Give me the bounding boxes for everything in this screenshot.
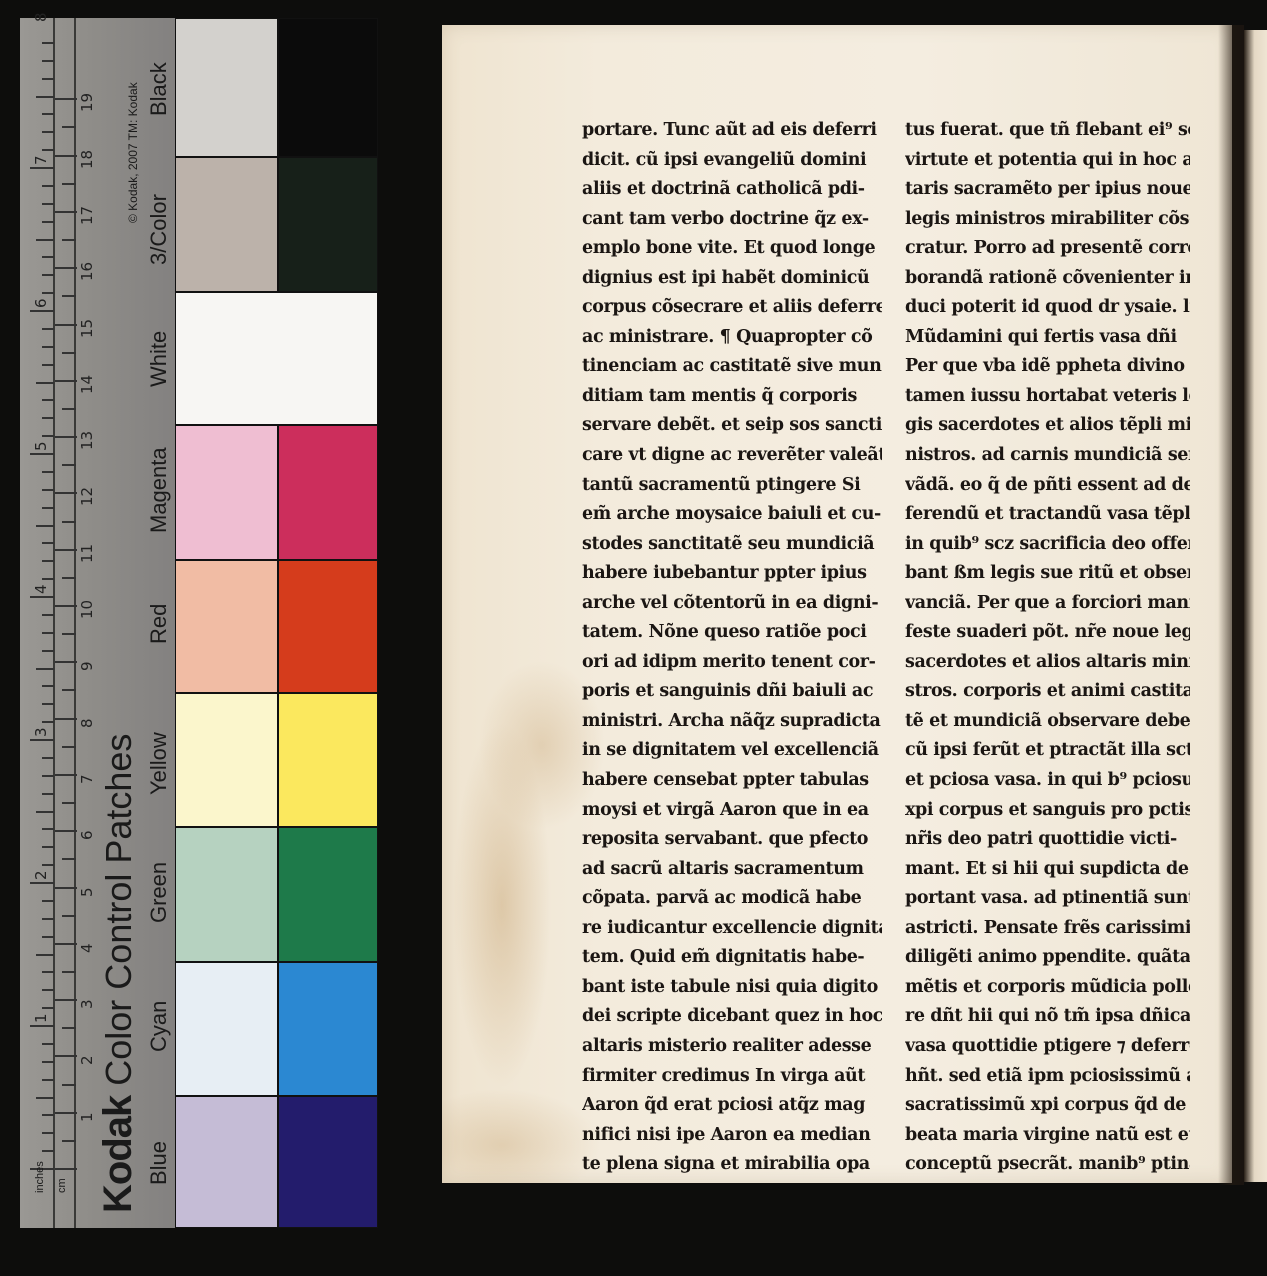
ruler-strip: 1234567812345678910111213141516171819 © … — [20, 18, 175, 1228]
text-line: tus fuerat. que tñ flebant ei⁹ sola — [905, 116, 1190, 146]
cm-tick-label: 4 — [78, 943, 96, 953]
inch-tick — [42, 578, 54, 580]
cm-tick — [55, 774, 77, 776]
cm-label: cm — [56, 1178, 68, 1193]
inch-tick — [42, 1043, 54, 1045]
inch-tick — [42, 685, 54, 687]
text-line: ministri. Archa nãq̃z supradicta — [582, 707, 882, 737]
inch-tick — [42, 507, 54, 509]
inch-tick — [42, 846, 54, 848]
inch-tick — [42, 828, 54, 830]
inch-tick — [36, 239, 54, 241]
cm-tick — [62, 858, 76, 860]
text-column-right: tus fuerat. que tñ flebant ei⁹ solavirtu… — [905, 116, 1190, 1180]
cm-tick-label: 19 — [78, 93, 96, 112]
cm-tick — [55, 1168, 77, 1170]
cm-tick-label: 6 — [78, 831, 96, 841]
card-title: Kodak Color Control Patches — [96, 734, 141, 1213]
inch-tick — [42, 42, 54, 44]
text-line: conceptũ psecrãt. manib⁹ ptina — [905, 1150, 1190, 1180]
inch-tick — [42, 614, 54, 616]
inch-tick-label: 2 — [32, 870, 50, 880]
text-line: portant vasa. ad ptinentiã sunt — [905, 884, 1190, 914]
text-line: bant iste tabule nisi quia digito — [582, 973, 882, 1003]
inch-tick — [42, 60, 54, 62]
patch-green-tint — [176, 828, 277, 961]
inch-tick — [30, 167, 54, 169]
cm-tick — [55, 661, 77, 663]
cm-tick-label: 17 — [78, 206, 96, 225]
inch-tick — [36, 811, 54, 813]
text-line: dicit. cũ ipsi evangeliũ domini — [582, 146, 882, 176]
text-line: gis sacerdotes et alios tẽpli mi — [905, 411, 1190, 441]
cm-tick — [62, 577, 76, 579]
text-line: re iudicantur excellencie dignita — [582, 914, 882, 944]
cm-tick-label: 14 — [78, 375, 96, 394]
text-line: beata maria virgine natũ est et — [905, 1121, 1190, 1151]
text-column-left: portare. Tunc aũt ad eis deferridicit. c… — [582, 116, 882, 1180]
patch-label-magenta: Magenta — [146, 447, 172, 533]
cm-tick — [62, 915, 76, 917]
patch-black-tint — [176, 19, 277, 156]
inch-tick — [42, 203, 54, 205]
text-line: borandã rationẽ cõvenienter in — [905, 264, 1190, 294]
text-line: dei scripte dicebant quez in hoc — [582, 1002, 882, 1032]
patch-green-solid — [279, 828, 377, 961]
inch-tick — [42, 971, 54, 973]
text-line: diligẽti animo ppendite. quãta — [905, 943, 1190, 973]
patch-label-yellow: Yellow — [146, 732, 172, 795]
cm-tick-label: 16 — [78, 262, 96, 281]
patch-cyan-solid — [279, 963, 377, 1095]
inch-tick-label: 1 — [32, 1013, 50, 1023]
inch-tick — [36, 954, 54, 956]
text-line: tatem. Nõne queso ratiõe poci — [582, 618, 882, 648]
inch-tick — [42, 703, 54, 705]
inch-tick — [42, 632, 54, 634]
text-line: cõpata. parvã ac modicã habe — [582, 884, 882, 914]
text-line: dignius est ipi habẽt dominicũ — [582, 264, 882, 294]
text-line: habere iubebantur ppter ipius — [582, 559, 882, 589]
text-line: reposita servabant. que pfecto — [582, 825, 882, 855]
cm-tick — [55, 605, 77, 607]
card-title-text: Color Control Patches — [98, 734, 139, 1086]
inch-tick — [42, 989, 54, 991]
patch-3-color-tint — [176, 158, 277, 291]
text-line: bant ßm legis sue ritũ et obser- — [905, 559, 1190, 589]
text-line: mant. Et si hii qui supdicta de — [905, 855, 1190, 885]
inch-tick-label: 6 — [32, 298, 50, 308]
cm-scale-line — [74, 18, 76, 1228]
inch-tick — [36, 668, 54, 670]
text-line: servare debẽt. et seip sos sancti fi — [582, 411, 882, 441]
text-line: sacratissimũ xpi corpus q̃d de — [905, 1091, 1190, 1121]
text-line: legis ministros mirabiliter cõse — [905, 205, 1190, 235]
text-line: ori ad idipm merito tenent cor- — [582, 648, 882, 678]
cm-tick — [55, 380, 77, 382]
patch-label-black: Black — [146, 62, 172, 116]
cm-tick-label: 5 — [78, 887, 96, 897]
patch-yellow-solid — [279, 694, 377, 826]
text-line: em̃ arche moysaice baiuli et cu- — [582, 500, 882, 530]
cm-tick — [55, 267, 77, 269]
inch-tick — [30, 739, 54, 741]
patch-3-color-solid — [279, 158, 377, 291]
cm-tick-label: 9 — [78, 662, 96, 672]
cm-tick — [62, 633, 76, 635]
cm-tick — [62, 971, 76, 973]
inch-tick — [42, 399, 54, 401]
cm-tick — [55, 324, 77, 326]
text-line: tẽ et mundiciã observare debere — [905, 707, 1190, 737]
text-line: feste suaderi põt. nr̃e noue legis — [905, 618, 1190, 648]
inch-tick — [42, 328, 54, 330]
text-line: tamen iussu hortabat veteris le — [905, 382, 1190, 412]
text-line: altaris misterio realiter adesse — [582, 1032, 882, 1062]
patch-label-3-color: 3/Color — [146, 194, 172, 265]
inch-tick — [30, 310, 54, 312]
cm-tick-label: 1 — [78, 1112, 96, 1122]
cm-tick-label: 12 — [78, 487, 96, 506]
color-patches — [175, 18, 378, 1228]
patch-cyan-tint — [176, 963, 277, 1095]
patch-black-solid — [279, 19, 377, 156]
cm-tick — [62, 239, 76, 241]
inch-scale-line — [53, 18, 55, 1228]
inch-tick — [42, 489, 54, 491]
inch-tick — [42, 721, 54, 723]
inch-tick — [42, 793, 54, 795]
inch-tick — [42, 864, 54, 866]
cm-tick — [55, 436, 77, 438]
copyright-text: © Kodak, 2007 TM: Kodak — [126, 82, 140, 223]
text-line: sacerdotes et alios altaris mini — [905, 648, 1190, 678]
text-line: mẽtis et corporis mũdicia polle — [905, 973, 1190, 1003]
cm-tick — [55, 718, 77, 720]
cm-tick — [55, 1055, 77, 1057]
inch-tick — [42, 1007, 54, 1009]
text-line: re dñt hii qui nõ tm̃ ipsa dñica — [905, 1002, 1190, 1032]
inch-tick — [42, 757, 54, 759]
text-line: nistros. ad carnis mundiciã ser — [905, 441, 1190, 471]
text-line: Per que vba idẽ ppheta divino — [905, 352, 1190, 382]
text-line: astricti. Pensate frẽs carissimi ⁊ — [905, 914, 1190, 944]
inch-tick-label: 5 — [32, 441, 50, 451]
patch-label-blue: Blue — [146, 1141, 172, 1185]
patch-red-tint — [176, 561, 277, 692]
cm-tick-label: 7 — [78, 774, 96, 784]
inch-tick — [30, 453, 54, 455]
cm-tick — [55, 211, 77, 213]
text-line: vanciã. Per que a forciori mani — [905, 589, 1190, 619]
next-page-edge — [1244, 30, 1267, 1182]
inch-tick — [42, 346, 54, 348]
cm-tick — [55, 1112, 77, 1114]
text-line: care vt digne ac reverẽter valeãt — [582, 441, 882, 471]
inch-tick — [42, 221, 54, 223]
inch-tick-label: 8 — [32, 12, 50, 22]
inch-tick — [42, 471, 54, 473]
inch-tick — [42, 650, 54, 652]
inch-tick — [42, 1061, 54, 1063]
cm-tick — [62, 408, 76, 410]
cm-tick — [55, 999, 77, 1001]
text-line: vãdã. eo q̃ de pñti essent ad de- — [905, 471, 1190, 501]
cm-tick — [62, 126, 76, 128]
cm-tick — [62, 746, 76, 748]
inch-tick — [42, 274, 54, 276]
cm-tick-label: 2 — [78, 1056, 96, 1066]
text-line: aliis et doctrinã catholicã pdi- — [582, 175, 882, 205]
inch-tick — [36, 1097, 54, 1099]
cm-tick — [62, 802, 76, 804]
inch-tick — [30, 1025, 54, 1027]
text-line: virtute et potentia qui in hoc al — [905, 146, 1190, 176]
patch-label-green: Green — [146, 862, 172, 923]
inch-tick — [42, 560, 54, 562]
text-line: stodes sanctitatẽ seu mundiciã — [582, 530, 882, 560]
patch-white — [176, 293, 377, 424]
inch-tick — [42, 113, 54, 115]
patch-yellow-tint — [176, 694, 277, 826]
inch-tick — [36, 382, 54, 384]
kodak-color-control-card: 1234567812345678910111213141516171819 © … — [20, 18, 378, 1228]
cm-tick — [55, 155, 77, 157]
inch-tick — [42, 1079, 54, 1081]
text-line: Aaron q̃d erat pciosi atq̃z mag — [582, 1091, 882, 1121]
patch-label-white: White — [146, 331, 172, 387]
text-line: hñt. sed etiã ipm pciosissimũ ac — [905, 1062, 1190, 1092]
text-line: ad sacrũ altaris sacramentum — [582, 855, 882, 885]
cm-tick-label: 8 — [78, 718, 96, 728]
text-line: te plena signa et mirabilia opa — [582, 1150, 882, 1180]
gutter-shadow — [1218, 25, 1244, 1185]
inch-tick — [42, 292, 54, 294]
inch-tick — [42, 131, 54, 133]
patch-blue-solid — [279, 1097, 377, 1227]
text-line: habere censebat ppter tabulas — [582, 766, 882, 796]
text-line: arche vel cõtentorũ in ea digni- — [582, 589, 882, 619]
text-line: in quib⁹ scz sacrificia deo offere — [905, 530, 1190, 560]
cm-tick — [62, 1027, 76, 1029]
text-line: stros. corporis et animi castita- — [905, 677, 1190, 707]
patch-red-solid — [279, 561, 377, 692]
cm-tick-label: 15 — [78, 318, 96, 337]
cm-tick-label: 11 — [78, 544, 96, 563]
inch-tick — [36, 525, 54, 527]
inch-tick — [42, 542, 54, 544]
text-line: nr̃is deo patri quottidie victi- — [905, 825, 1190, 855]
text-line: tem. Quid em̃ dignitatis habe- — [582, 943, 882, 973]
text-line: in se dignitatem vel excellenciã — [582, 736, 882, 766]
kodak-logo: Kodak — [96, 1096, 140, 1213]
text-line: tantũ sacramentũ ptingere Si — [582, 471, 882, 501]
inch-tick — [42, 1150, 54, 1152]
patch-label-cyan: Cyan — [146, 1001, 172, 1052]
cm-tick — [62, 295, 76, 297]
inch-tick — [42, 435, 54, 437]
text-line: poris et sanguinis dñi baiuli ac — [582, 677, 882, 707]
text-line: cũ ipsi ferũt et ptractãt illa sctã — [905, 736, 1190, 766]
text-line: portare. Tunc aũt ad eis deferri — [582, 116, 882, 146]
inch-tick-label: 3 — [32, 727, 50, 737]
cm-tick — [55, 830, 77, 832]
text-line: firmiter credimus In virga aũt — [582, 1062, 882, 1092]
inch-tick — [42, 185, 54, 187]
text-line: ditiam tam mentis q̃ corporis — [582, 382, 882, 412]
inch-tick — [30, 596, 54, 598]
cm-tick — [62, 1140, 76, 1142]
cm-tick-label: 10 — [78, 600, 96, 619]
text-line: ferendũ et tractandũ vasa tẽpli — [905, 500, 1190, 530]
inch-tick — [42, 256, 54, 258]
text-line: moysi et virgã Aaron que in ea — [582, 796, 882, 826]
text-line: duci poterit id quod dr ysaie. lii. — [905, 293, 1190, 323]
patch-blue-tint — [176, 1097, 277, 1227]
inch-tick — [42, 775, 54, 777]
text-line: tinenciam ac castitatẽ sive mun — [582, 352, 882, 382]
text-line: corpus cõsecrare et aliis deferre — [582, 293, 882, 323]
cm-tick — [62, 352, 76, 354]
inch-tick — [42, 149, 54, 151]
patch-magenta-tint — [176, 426, 277, 559]
cm-tick — [55, 887, 77, 889]
cm-tick — [62, 183, 76, 185]
text-line: nifici nisi ipe Aaron ea median — [582, 1121, 882, 1151]
inch-tick — [36, 96, 54, 98]
inch-tick — [42, 1132, 54, 1134]
cm-tick-label: 3 — [78, 1000, 96, 1010]
cm-tick — [62, 1084, 76, 1086]
cm-tick — [62, 521, 76, 523]
inch-tick-label: 7 — [32, 155, 50, 165]
cm-tick — [62, 689, 76, 691]
text-line: ac ministrare. ¶ Quapropter cõ — [582, 323, 882, 353]
patch-magenta-solid — [279, 426, 377, 559]
text-line: cratur. Porro ad presentẽ corro — [905, 234, 1190, 264]
inch-tick — [30, 882, 54, 884]
text-line: xpi corpus et sanguis pro pctis — [905, 796, 1190, 826]
cm-tick-label: 18 — [78, 150, 96, 169]
inch-tick — [42, 1114, 54, 1116]
inch-tick — [42, 936, 54, 938]
cm-tick-label: 13 — [78, 431, 96, 450]
inches-label: inches — [34, 1161, 46, 1193]
cm-tick — [55, 98, 77, 100]
cm-tick — [62, 464, 76, 466]
cm-tick — [55, 492, 77, 494]
text-line: cant tam verbo doctrine q̃z ex- — [582, 205, 882, 235]
inch-tick — [42, 364, 54, 366]
inch-tick — [42, 900, 54, 902]
patch-label-red: Red — [146, 603, 172, 643]
text-line: et pciosa vasa. in qui b⁹ pciosum — [905, 766, 1190, 796]
text-line: Mũdamini qui fertis vasa dñi — [905, 323, 1190, 353]
inch-tick — [42, 417, 54, 419]
text-line: taris sacramẽto per ipius noue — [905, 175, 1190, 205]
inch-tick-label: 4 — [32, 584, 50, 594]
inch-tick — [42, 78, 54, 80]
cm-tick — [55, 549, 77, 551]
text-line: vasa quottidie ptigere ⁊ deferre — [905, 1032, 1190, 1062]
text-line: emplo bone vite. Et quod longe — [582, 234, 882, 264]
cm-tick — [55, 943, 77, 945]
inch-tick — [42, 918, 54, 920]
